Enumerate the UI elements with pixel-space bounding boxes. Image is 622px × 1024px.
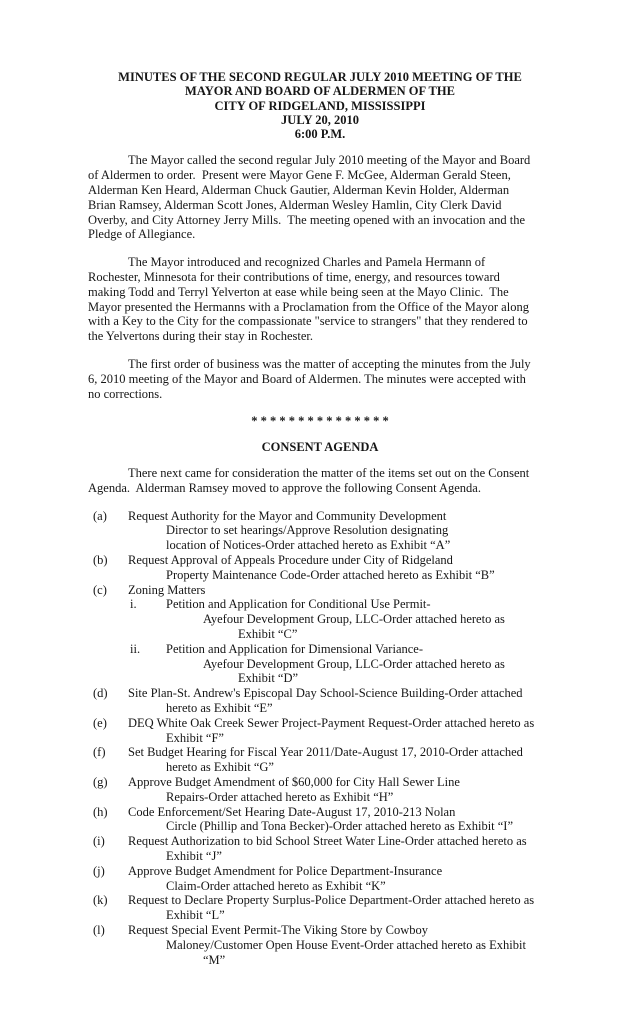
agenda-subitem-label: ii. bbox=[130, 642, 140, 657]
agenda-item: (i)Request Authorization to bid School S… bbox=[88, 834, 552, 864]
paragraph-line: Rochester, Minnesota for their contribut… bbox=[88, 270, 552, 285]
agenda-line: Repairs-Order attached hereto as Exhibit… bbox=[88, 790, 552, 805]
agenda-line: (h)Code Enforcement/Set Hearing Date-Aug… bbox=[88, 805, 552, 820]
paragraph: The first order of business was the matt… bbox=[88, 357, 552, 401]
opening-paragraphs: The Mayor called the second regular July… bbox=[88, 153, 552, 401]
agenda-line: hereto as Exhibit “E” bbox=[88, 701, 552, 716]
agenda-item: (c)Zoning Mattersi.Petition and Applicat… bbox=[88, 583, 552, 687]
asterisk-separator: * * * * * * * * * * * * * * * bbox=[88, 414, 552, 429]
agenda-line: Exhibit “C” bbox=[88, 627, 552, 642]
paragraph: The Mayor introduced and recognized Char… bbox=[88, 255, 552, 344]
agenda-item-label: (c) bbox=[93, 583, 107, 598]
agenda-item-label: (l) bbox=[93, 923, 105, 938]
agenda-line: (b)Request Approval of Appeals Procedure… bbox=[88, 553, 552, 568]
agenda-line: i.Petition and Application for Condition… bbox=[88, 597, 552, 612]
agenda-item-label: (d) bbox=[93, 686, 108, 701]
paragraph-line: with a Key to the City for the compassio… bbox=[88, 314, 552, 329]
paragraph-line: Mayor presented the Hermanns with a Proc… bbox=[88, 300, 552, 315]
agenda-item: (f)Set Budget Hearing for Fiscal Year 20… bbox=[88, 745, 552, 775]
paragraph-line: 6, 2010 meeting of the Mayor and Board o… bbox=[88, 372, 552, 387]
document-title: MINUTES OF THE SECOND REGULAR JULY 2010 … bbox=[88, 70, 552, 141]
agenda-line: (k)Request to Declare Property Surplus-P… bbox=[88, 893, 552, 908]
agenda-line: Claim-Order attached hereto as Exhibit “… bbox=[88, 879, 552, 894]
agenda-line: Exhibit “L” bbox=[88, 908, 552, 923]
agenda-line: location of Notices-Order attached heret… bbox=[88, 538, 552, 553]
agenda-item-label: (j) bbox=[93, 864, 105, 879]
agenda-item: (g)Approve Budget Amendment of $60,000 f… bbox=[88, 775, 552, 805]
title-line: MINUTES OF THE SECOND REGULAR JULY 2010 … bbox=[88, 70, 552, 84]
agenda-item: (k)Request to Declare Property Surplus-P… bbox=[88, 893, 552, 923]
agenda-line: Property Maintenance Code-Order attached… bbox=[88, 568, 552, 583]
agenda-line: (f)Set Budget Hearing for Fiscal Year 20… bbox=[88, 745, 552, 760]
agenda-line: (i)Request Authorization to bid School S… bbox=[88, 834, 552, 849]
agenda-line: Maloney/Customer Open House Event-Order … bbox=[88, 938, 552, 953]
agenda-item: (j)Approve Budget Amendment for Police D… bbox=[88, 864, 552, 894]
consent-agenda-list: (a)Request Authority for the Mayor and C… bbox=[88, 509, 552, 968]
agenda-item: (e)DEQ White Oak Creek Sewer Project-Pay… bbox=[88, 716, 552, 746]
paragraph-line: The Mayor called the second regular July… bbox=[88, 153, 552, 168]
agenda-item-label: (k) bbox=[93, 893, 108, 908]
agenda-item-label: (a) bbox=[93, 509, 107, 524]
agenda-item: (h)Code Enforcement/Set Hearing Date-Aug… bbox=[88, 805, 552, 835]
title-line: 6:00 P.M. bbox=[88, 127, 552, 141]
agenda-line: Director to set hearings/Approve Resolut… bbox=[88, 523, 552, 538]
consent-intro: There next came for consideration the ma… bbox=[88, 466, 552, 496]
agenda-line: Exhibit “F” bbox=[88, 731, 552, 746]
agenda-line: Ayefour Development Group, LLC-Order att… bbox=[88, 657, 552, 672]
agenda-line: (j)Approve Budget Amendment for Police D… bbox=[88, 864, 552, 879]
title-line: JULY 20, 2010 bbox=[88, 113, 552, 127]
agenda-line: (l)Request Special Event Permit-The Viki… bbox=[88, 923, 552, 938]
agenda-item-label: (h) bbox=[93, 805, 108, 820]
agenda-line: ii.Petition and Application for Dimensio… bbox=[88, 642, 552, 657]
document-page: MINUTES OF THE SECOND REGULAR JULY 2010 … bbox=[0, 0, 622, 1024]
paragraph-line: Alderman Ken Heard, Alderman Chuck Gauti… bbox=[88, 183, 552, 198]
paragraph-line: making Todd and Terryl Yelverton at ease… bbox=[88, 285, 552, 300]
agenda-item: (a)Request Authority for the Mayor and C… bbox=[88, 509, 552, 553]
paragraph-line: Pledge of Allegiance. bbox=[88, 227, 552, 242]
agenda-line: Circle (Phillip and Tona Becker)-Order a… bbox=[88, 819, 552, 834]
agenda-item-label: (i) bbox=[93, 834, 105, 849]
agenda-item: (d)Site Plan-St. Andrew's Episcopal Day … bbox=[88, 686, 552, 716]
agenda-line: Exhibit “D” bbox=[88, 671, 552, 686]
agenda-line: (d)Site Plan-St. Andrew's Episcopal Day … bbox=[88, 686, 552, 701]
paragraph-line: the Yelvertons during their stay in Roch… bbox=[88, 329, 552, 344]
agenda-item: (b)Request Approval of Appeals Procedure… bbox=[88, 553, 552, 583]
paragraph-line: of Aldermen to order. Present were Mayor… bbox=[88, 168, 552, 183]
paragraph-line: no corrections. bbox=[88, 387, 552, 402]
agenda-line: (a)Request Authority for the Mayor and C… bbox=[88, 509, 552, 524]
paragraph: The Mayor called the second regular July… bbox=[88, 153, 552, 242]
paragraph-line: Agenda. Alderman Ramsey moved to approve… bbox=[88, 481, 552, 496]
agenda-line: Ayefour Development Group, LLC-Order att… bbox=[88, 612, 552, 627]
paragraph-line: Overby, and City Attorney Jerry Mills. T… bbox=[88, 213, 552, 228]
title-line: CITY OF RIDGELAND, MISSISSIPPI bbox=[88, 99, 552, 113]
agenda-item-label: (g) bbox=[93, 775, 108, 790]
agenda-line: (e)DEQ White Oak Creek Sewer Project-Pay… bbox=[88, 716, 552, 731]
agenda-line: hereto as Exhibit “G” bbox=[88, 760, 552, 775]
agenda-item-label: (b) bbox=[93, 553, 108, 568]
agenda-item-label: (e) bbox=[93, 716, 107, 731]
paragraph-line: The Mayor introduced and recognized Char… bbox=[88, 255, 552, 270]
agenda-line: Exhibit “J” bbox=[88, 849, 552, 864]
agenda-line: “M” bbox=[88, 953, 552, 968]
consent-agenda-heading: CONSENT AGENDA bbox=[88, 440, 552, 455]
paragraph-line: There next came for consideration the ma… bbox=[88, 466, 552, 481]
paragraph-line: Brian Ramsey, Alderman Scott Jones, Alde… bbox=[88, 198, 552, 213]
agenda-item: (l)Request Special Event Permit-The Viki… bbox=[88, 923, 552, 967]
agenda-subitem-label: i. bbox=[130, 597, 137, 612]
paragraph: There next came for consideration the ma… bbox=[88, 466, 552, 496]
agenda-line: (c)Zoning Matters bbox=[88, 583, 552, 598]
agenda-line: (g)Approve Budget Amendment of $60,000 f… bbox=[88, 775, 552, 790]
agenda-item-label: (f) bbox=[93, 745, 106, 760]
paragraph-line: The first order of business was the matt… bbox=[88, 357, 552, 372]
title-line: MAYOR AND BOARD OF ALDERMEN OF THE bbox=[88, 84, 552, 98]
